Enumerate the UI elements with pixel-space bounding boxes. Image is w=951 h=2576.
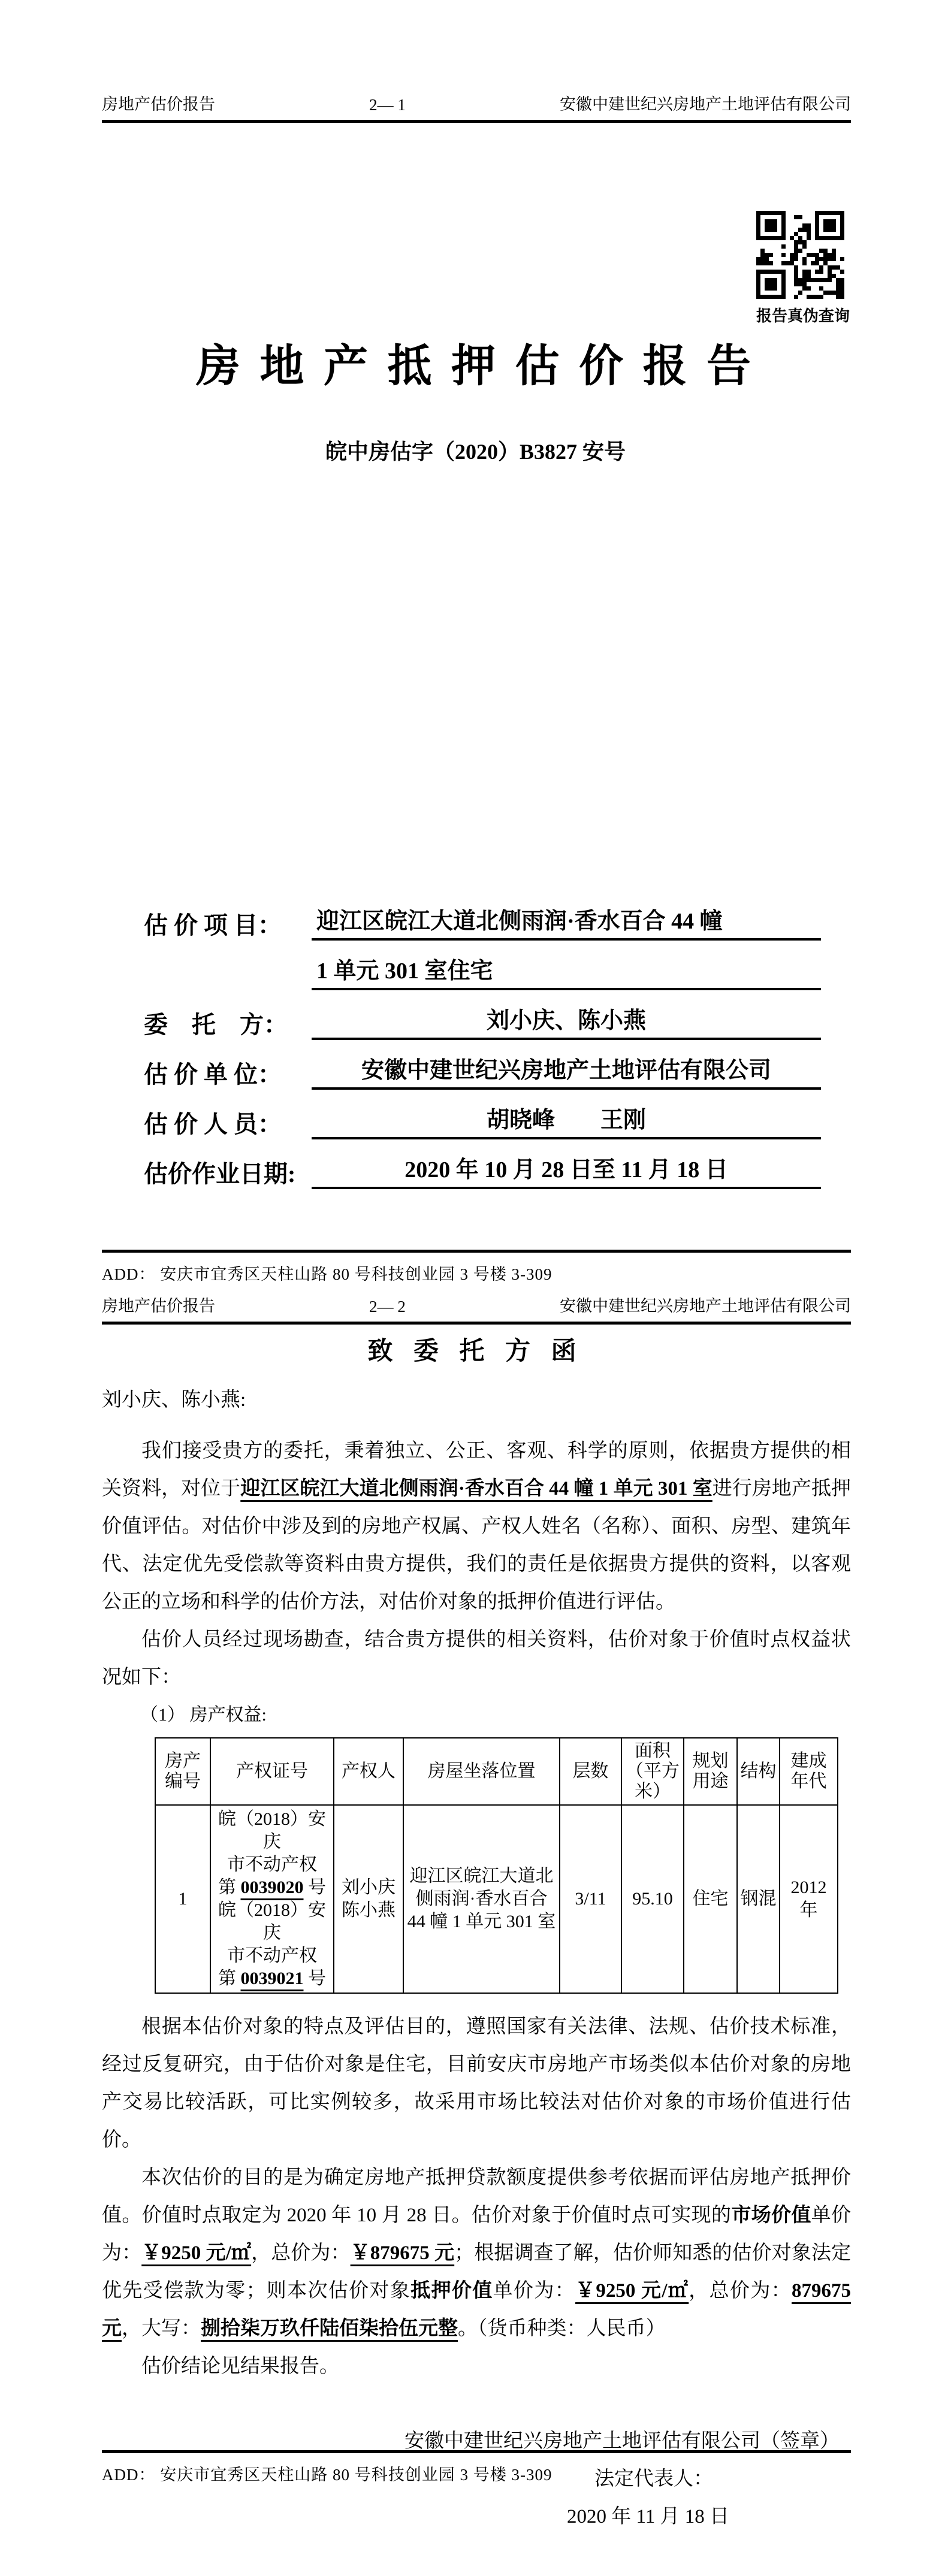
letter-body: 刘小庆、陈小燕: 我们接受贵方的委托，秉着独立、公正、客观、科学的原则，依据贵方…: [102, 1381, 851, 2536]
cell-structure: 钢混: [737, 1805, 780, 1993]
letter-title: 致 委 托 方 函: [0, 1331, 951, 1367]
page1-header-page-number: 2— 1: [369, 96, 406, 114]
letter-paragraph-1: 我们接受贵方的委托，秉着独立、公正、客观、科学的原则，依据贵方提供的相关资料，对…: [102, 1432, 851, 1621]
page1-running-header: 房地产估价报告 2— 1 安徽中建世纪兴房地产土地评估有限公司: [102, 91, 851, 123]
cell-area: 95.10: [621, 1805, 684, 1993]
field-client-value: 刘小庆、陈小燕: [312, 1002, 821, 1040]
letter-paragraph-4: 本次估价的目的是为确定房地产抵押贷款额度提供参考依据而评估房地产抵押价值。价值时…: [102, 2159, 851, 2348]
col-header-property-no: 房产 编号: [155, 1738, 210, 1805]
page1-header-doc-type: 房地产估价报告: [102, 91, 215, 114]
list-item-property-rights: （1） 房产权益:: [102, 1701, 851, 1729]
page2-header-doc-type: 房地产估价报告: [102, 1293, 215, 1316]
col-header-area: 面积 （平方 米）: [621, 1738, 684, 1805]
cell-floor: 3/11: [560, 1805, 621, 1993]
document-canvas: { "page1": { "header": { "left": "房地产估价报…: [0, 0, 951, 2576]
col-header-structure: 结构: [737, 1738, 780, 1805]
col-header-year-built: 建成 年代: [780, 1738, 838, 1805]
page2-header-company: 安徽中建世纪兴房地产土地评估有限公司: [560, 1293, 851, 1316]
report-doc-number: 皖中房估字（2020）B3827 安号: [0, 435, 951, 465]
page1-footer-address: ADD： 安庆市宜秀区天柱山路 80 号科技创业园 3 号楼 3-309: [102, 1265, 553, 1283]
field-client: 委 托 方： 刘小庆、陈小燕: [144, 1005, 821, 1040]
page2-footer-address: ADD： 安庆市宜秀区天柱山路 80 号科技创业园 3 号楼 3-309: [102, 2466, 553, 2484]
field-work-date-label: 估价作业日期:: [144, 1155, 312, 1189]
cell-year-built: 2012 年: [780, 1805, 838, 1993]
page1-header-company: 安徽中建世纪兴房地产土地评估有限公司: [560, 91, 851, 114]
cell-location: 迎江区皖江大道北 侧雨润·香水百合 44 幢 1 单元 301 室: [403, 1805, 560, 1993]
qr-code: [756, 211, 844, 299]
letter-paragraph-5: 估价结论见结果报告。: [102, 2348, 851, 2385]
col-header-owner: 产权人: [334, 1738, 403, 1805]
table-row: 1 皖（2018）安庆 市不动产权 第 0039020 号 皖（2018）安庆 …: [155, 1805, 838, 1993]
table-header-row: 房产 编号 产权证号 产权人 房屋坐落位置 层数 面积 （平方 米） 规划 用途…: [155, 1738, 838, 1805]
letter-paragraph-3: 根据本估价对象的特点及评估目的，遵照国家有关法律、法规、估价技术标准，经过反复研…: [102, 2008, 851, 2159]
field-project-line2: 1 单元 301 室住宅: [144, 956, 821, 990]
letter-paragraph-2: 估价人员经过现场勘查，结合贵方提供的相关资料，估价对象于价值时点权益状况如下：: [102, 1621, 851, 1697]
field-agency: 估 价 单 位： 安徽中建世纪兴房地产土地评估有限公司: [144, 1055, 821, 1090]
property-rights-table: 房产 编号 产权证号 产权人 房屋坐落位置 层数 面积 （平方 米） 规划 用途…: [155, 1737, 838, 1994]
cell-cert-no: 皖（2018）安庆 市不动产权 第 0039020 号 皖（2018）安庆 市不…: [210, 1805, 334, 1993]
field-appraisers-label: 估 价 人 员：: [144, 1105, 312, 1139]
field-agency-value: 安徽中建世纪兴房地产土地评估有限公司: [312, 1051, 821, 1090]
col-header-floor: 层数: [560, 1738, 621, 1805]
col-header-cert-no: 产权证号: [210, 1738, 334, 1805]
field-appraisers: 估 价 人 员： 胡晓峰 王刚: [144, 1105, 821, 1139]
qr-caption: 报告真伪查询: [756, 304, 846, 326]
cell-owner: 刘小庆 陈小燕: [334, 1805, 403, 1993]
col-header-location: 房屋坐落位置: [403, 1738, 560, 1805]
page2-running-footer: ADD： 安庆市宜秀区天柱山路 80 号科技创业园 3 号楼 3-309: [102, 2450, 851, 2485]
field-appraisers-value: 胡晓峰 王刚: [312, 1101, 821, 1139]
cell-property-no: 1: [155, 1805, 210, 1993]
report-verification-block: 报告真伪查询: [756, 211, 846, 326]
signature-date: 2020 年 11 月 18 日: [102, 2498, 851, 2536]
report-title: 房 地 产 抵 押 估 价 报 告: [0, 331, 951, 394]
cover-fields: 估 价 项 目： 迎江区皖江大道北侧雨润·香水百合 44 幢 1 单元 301 …: [144, 906, 821, 1204]
cell-planned-use: 住宅: [684, 1805, 737, 1993]
page2-header-page-number: 2— 2: [369, 1298, 406, 1316]
field-agency-label: 估 价 单 位：: [144, 1056, 312, 1090]
page2-running-header: 房地产估价报告 2— 2 安徽中建世纪兴房地产土地评估有限公司: [102, 1293, 851, 1325]
field-client-label: 委 托 方：: [144, 1006, 312, 1040]
col-header-planned-use: 规划 用途: [684, 1738, 737, 1805]
field-project-value-line1: 迎江区皖江大道北侧雨润·香水百合 44 幢: [312, 902, 821, 941]
field-work-date: 估价作业日期: 2020 年 10 月 28 日至 11 月 18 日: [144, 1154, 821, 1189]
page1-running-footer: ADD： 安庆市宜秀区天柱山路 80 号科技创业园 3 号楼 3-309: [102, 1250, 851, 1284]
letter-salutation: 刘小庆、陈小燕:: [102, 1381, 851, 1419]
field-project-label: 估 价 项 目：: [144, 906, 312, 941]
field-project: 估 价 项 目： 迎江区皖江大道北侧雨润·香水百合 44 幢: [144, 906, 821, 941]
field-work-date-value: 2020 年 10 月 28 日至 11 月 18 日: [312, 1151, 821, 1189]
field-project-value-line2: 1 单元 301 室住宅: [312, 952, 821, 990]
